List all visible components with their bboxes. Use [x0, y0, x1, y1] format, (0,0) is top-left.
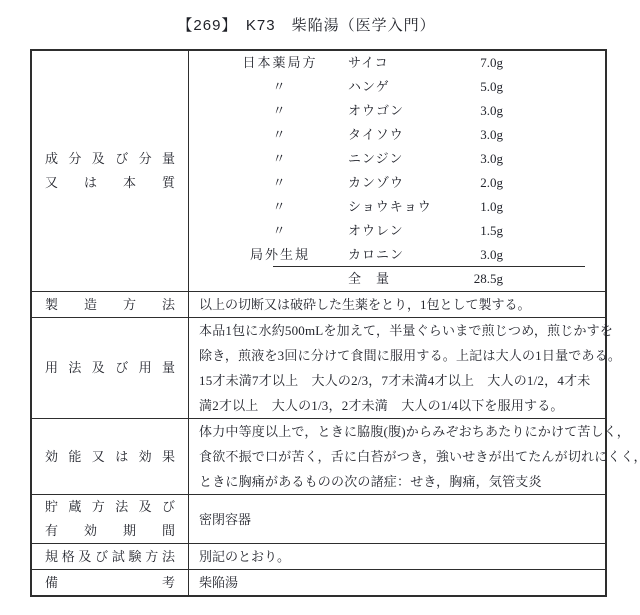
storage-content-cell: 密閉容器	[189, 495, 607, 544]
table-row-storage: 貯蔵方法及び 有効期間 密閉容器	[31, 495, 606, 544]
ingredient-amount: 7.0g	[480, 51, 503, 75]
total-label: 全 量	[348, 267, 390, 291]
table-row-usage: 用法及び用量 本品1包に水約500mLを加えて，半量ぐらいまで煎じつめ，煎じかす…	[31, 318, 606, 419]
ingredient-amount: 3.0g	[480, 243, 503, 267]
storage-text: 密閉容器	[199, 507, 595, 532]
ingredient-name: カンゾウ	[348, 171, 404, 195]
remarks-text: 柴陥湯	[199, 570, 595, 595]
usage-text: 本品1包に水約500mLを加えて，半量ぐらいまで煎じつめ，煎じかすを 除き，煎液…	[199, 318, 595, 418]
ingredient-source: 〃	[241, 75, 319, 99]
row-label: 備考	[45, 571, 175, 595]
table-row-ingredients: 成分及び分量 又は本質 日本薬局方 サイコ 7.0g	[31, 50, 606, 292]
text-line: 15才未満7才以上 大人の2/3，7才未満4才以上 大人の1/2，4才未	[199, 368, 595, 393]
ingredient-name: タイソウ	[348, 123, 404, 147]
ingredient-row: 〃 タイソウ 3.0g	[199, 123, 595, 147]
ingredient-source: 〃	[241, 99, 319, 123]
ingredient-amount: 2.0g	[480, 171, 503, 195]
table-row-manufacturing: 製造方法 以上の切断又は破砕した生薬をとり，1包として製する。	[31, 292, 606, 318]
ingredient-row: 〃 オウゴン 3.0g	[199, 99, 595, 123]
usage-content-cell: 本品1包に水約500mLを加えて，半量ぐらいまで煎じつめ，煎じかすを 除き，煎液…	[189, 318, 607, 419]
row-label: 規格及び試験方法	[45, 545, 175, 569]
ingredient-row: 〃 カンゾウ 2.0g	[199, 171, 595, 195]
ingredient-source: 〃	[241, 195, 319, 219]
spec-table: 成分及び分量 又は本質 日本薬局方 サイコ 7.0g	[30, 49, 607, 597]
row-label: 用法及び用量	[45, 356, 175, 380]
ingredient-source: 〃	[241, 147, 319, 171]
text-line: 本品1包に水約500mLを加えて，半量ぐらいまで煎じつめ，煎じかすを	[199, 318, 595, 343]
storage-label-cell: 貯蔵方法及び 有効期間	[31, 495, 189, 544]
ingredient-amount: 1.5g	[480, 219, 503, 243]
row-label: 貯蔵方法及び	[45, 495, 175, 519]
ingredient-name: ショウキョウ	[348, 195, 432, 219]
ingredient-row: 〃 ニンジン 3.0g	[199, 147, 595, 171]
row-label: 又は本質	[45, 171, 175, 195]
efficacy-label-cell: 効能又は効果	[31, 419, 189, 495]
ingredient-list: 日本薬局方 サイコ 7.0g 〃 ハンゲ 5.0g	[199, 51, 595, 267]
table-row-remarks: 備考 柴陥湯	[31, 570, 606, 597]
text-line: 体力中等度以上で，ときに脇腹(腹)からみぞおちあたりにかけて苦しく，	[199, 419, 595, 444]
document-page: 【269】 K73 柴陥湯（医学入門） 成分及び分量 又は本質 日本薬局方 サイ…	[0, 0, 640, 615]
ingredient-source: 〃	[241, 171, 319, 195]
ingredient-name: ハンゲ	[348, 75, 390, 99]
manufacturing-content-cell: 以上の切断又は破砕した生薬をとり，1包として製する。	[189, 292, 607, 318]
spec-text: 別記のとおり。	[199, 544, 595, 569]
ingredient-source: 〃	[241, 123, 319, 147]
usage-label-cell: 用法及び用量	[31, 318, 189, 419]
ingredient-amount: 3.0g	[480, 147, 503, 171]
manufacturing-label-cell: 製造方法	[31, 292, 189, 318]
remarks-label-cell: 備考	[31, 570, 189, 597]
ingredients-content-cell: 日本薬局方 サイコ 7.0g 〃 ハンゲ 5.0g	[189, 50, 607, 292]
ingredient-row: 日本薬局方 サイコ 7.0g	[199, 51, 595, 75]
row-label: 成分及び分量	[45, 147, 175, 171]
ingredient-amount: 1.0g	[480, 195, 503, 219]
text-line: ときに胸痛があるものの次の諸症：せき，胸痛，気管支炎	[199, 469, 595, 494]
ingredient-source: 日本薬局方	[241, 51, 319, 75]
row-label: 効能又は効果	[45, 445, 175, 469]
ingredient-row: 〃 ハンゲ 5.0g	[199, 75, 595, 99]
efficacy-text: 体力中等度以上で，ときに脇腹(腹)からみぞおちあたりにかけて苦しく， 食欲不振で…	[199, 419, 595, 494]
table-row-efficacy: 効能又は効果 体力中等度以上で，ときに脇腹(腹)からみぞおちあたりにかけて苦しく…	[31, 419, 606, 495]
efficacy-content-cell: 体力中等度以上で，ときに脇腹(腹)からみぞおちあたりにかけて苦しく， 食欲不振で…	[189, 419, 607, 495]
table-row-spec: 規格及び試験方法 別記のとおり。	[31, 544, 606, 570]
ingredient-amount: 5.0g	[480, 75, 503, 99]
ingredient-amount: 3.0g	[480, 123, 503, 147]
ingredient-row: 〃 オウレン 1.5g	[199, 219, 595, 243]
ingredients-label-cell: 成分及び分量 又は本質	[31, 50, 189, 292]
remarks-content-cell: 柴陥湯	[189, 570, 607, 597]
ingredient-name: オウゴン	[348, 99, 404, 123]
page-title: 【269】 K73 柴陥湯（医学入門）	[18, 14, 595, 35]
manufacturing-text: 以上の切断又は破砕した生薬をとり，1包として製する。	[199, 292, 595, 317]
text-line: 食欲不振で口が苦く，舌に白苔がつき，強いせきが出てたんが切れにくく，	[199, 444, 595, 469]
ingredient-name: オウレン	[348, 219, 404, 243]
ingredient-source: 〃	[241, 219, 319, 243]
text-line: 満2才以上 大人の1/3，2才未満 大人の1/4以下を服用する。	[199, 393, 595, 418]
ingredient-amount: 3.0g	[480, 99, 503, 123]
ingredient-name: カロニン	[348, 243, 404, 267]
total-amount: 28.5g	[474, 267, 503, 291]
row-label: 有効期間	[45, 519, 175, 543]
ingredient-source: 局外生規	[241, 243, 319, 267]
text-line: 除き，煎液を3回に分けて食間に服用する。上記は大人の1日量である。	[199, 343, 595, 368]
ingredient-name: ニンジン	[348, 147, 403, 171]
total-row: 全 量 28.5g	[199, 267, 595, 291]
spec-content-cell: 別記のとおり。	[189, 544, 607, 570]
ingredient-name: サイコ	[348, 51, 389, 75]
ingredient-row: 〃 ショウキョウ 1.0g	[199, 195, 595, 219]
ingredient-row: 局外生規 カロニン 3.0g	[199, 243, 595, 267]
row-label: 製造方法	[45, 293, 175, 317]
spec-label-cell: 規格及び試験方法	[31, 544, 189, 570]
